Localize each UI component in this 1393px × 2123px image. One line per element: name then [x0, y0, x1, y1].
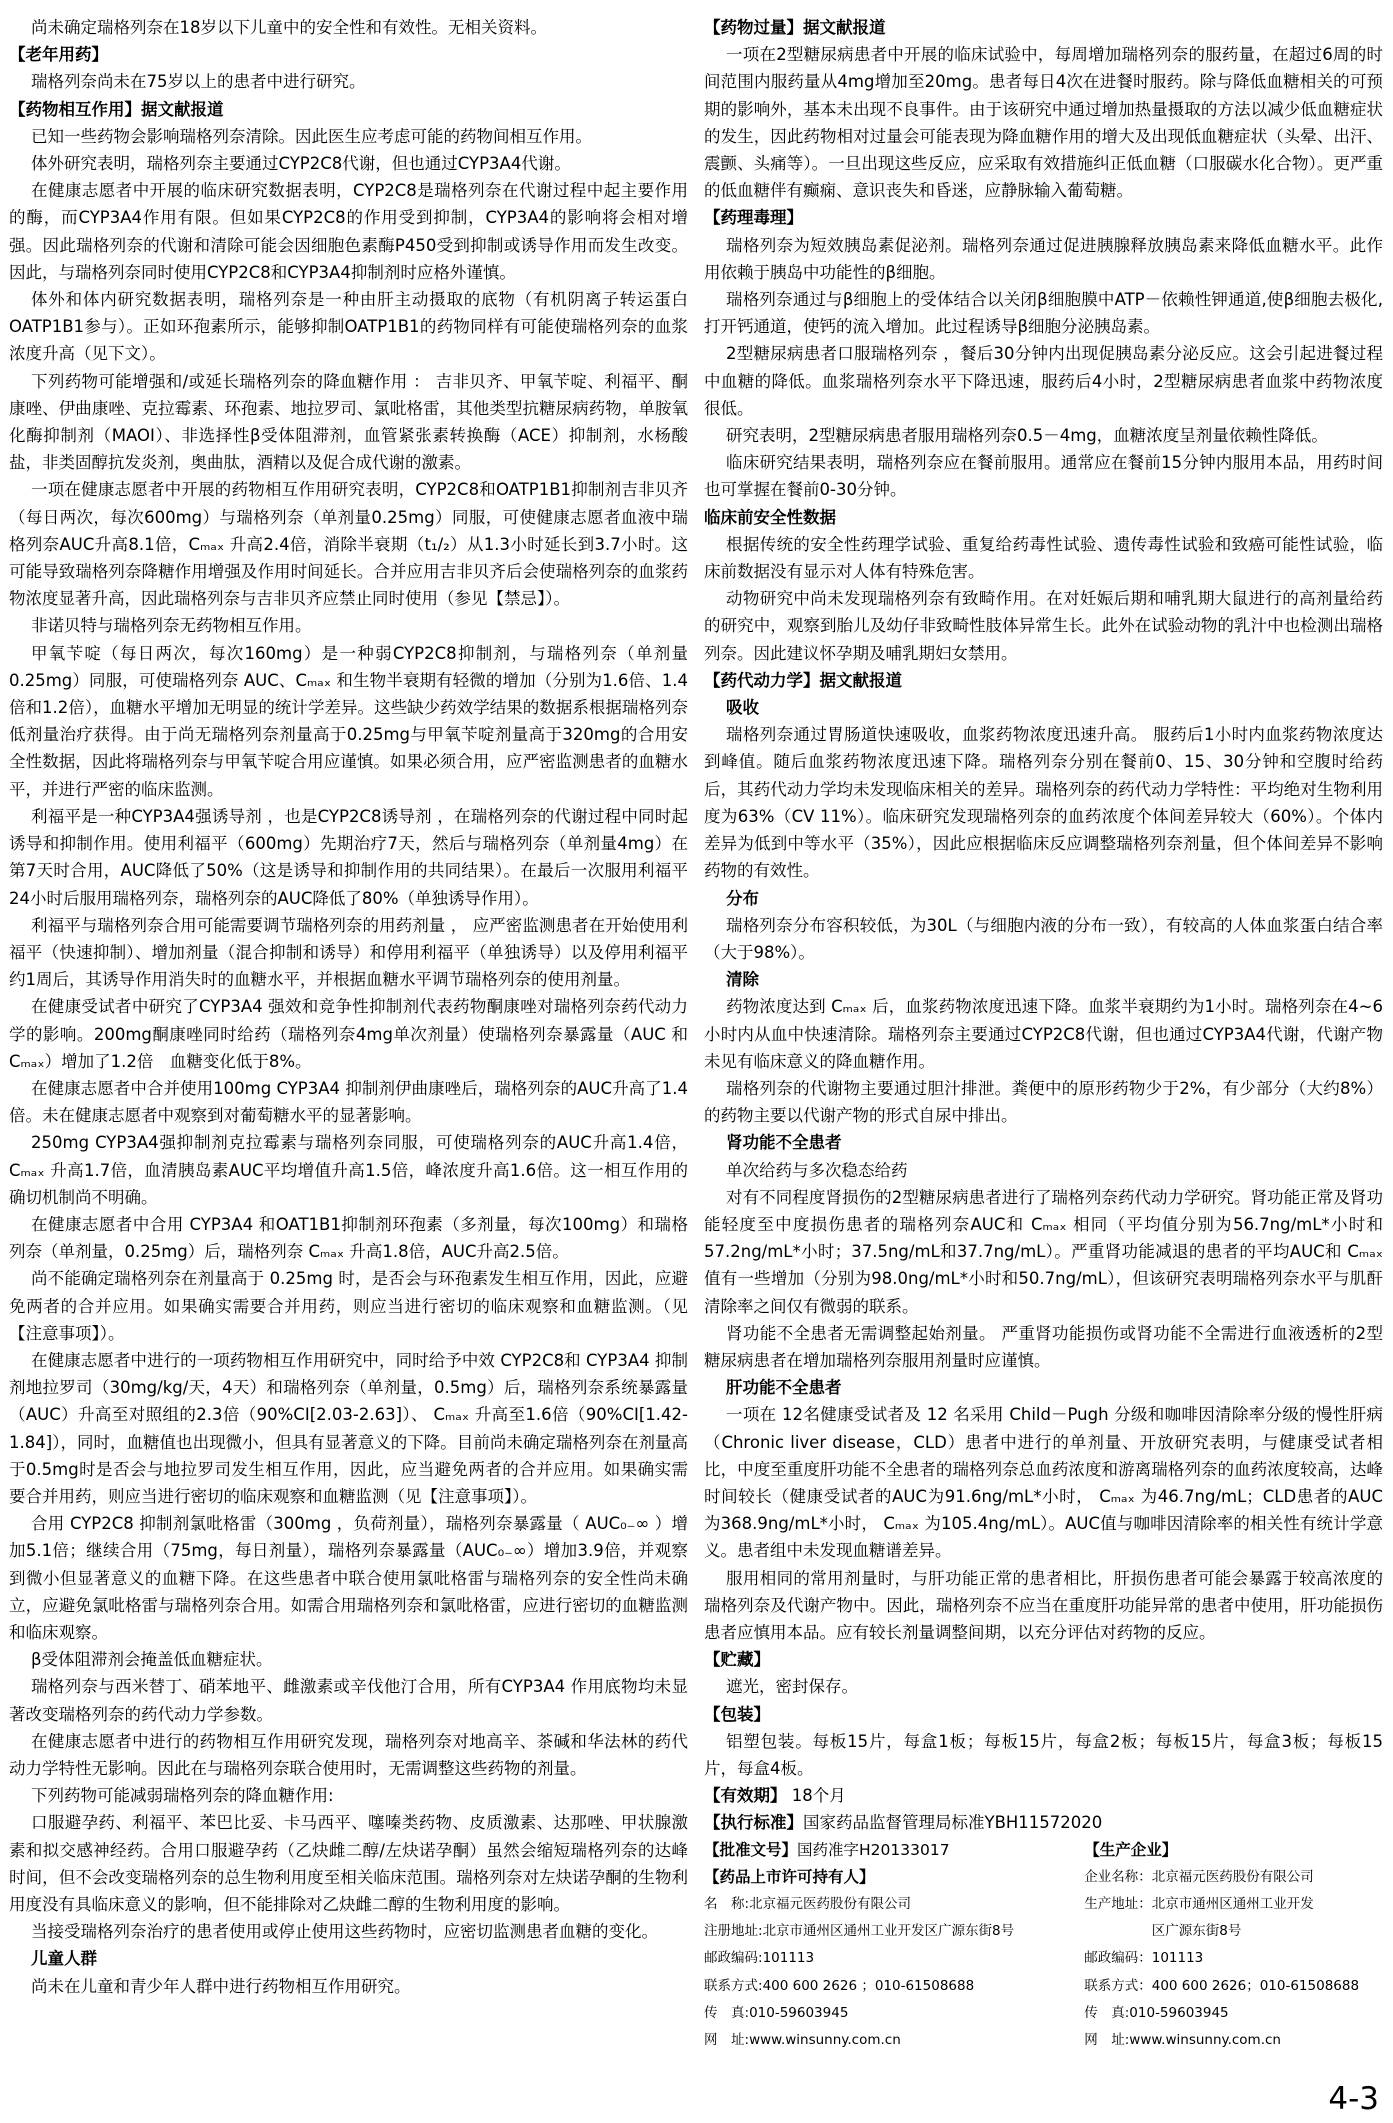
paragraph: 药物浓度达到 Cₘₐₓ 后，血浆药物浓度迅速下降。血浆半衰期约为1小时。瑞格列奈…: [704, 993, 1383, 1075]
paragraph: 尚未确定瑞格列奈在18岁以下儿童中的安全性和有效性。无相关资料。: [9, 14, 688, 41]
paragraph: 当接受瑞格列奈治疗的患者使用或停止使用这些药物时，应密切监测患者血糖的变化。: [9, 1918, 688, 1945]
footer-label: 【批准文号】: [704, 1837, 797, 1864]
paragraph: 瑞格列奈尚未在75岁以上的患者中进行研究。: [9, 68, 688, 95]
footer-row: 传 真:010-59603945: [704, 2000, 1084, 2027]
paragraph: 瑞格列奈为短效胰岛素促泌剂。瑞格列奈通过促进胰腺释放胰岛素来降低血糖水平。此作用…: [704, 232, 1383, 286]
footer-value-line: 国药准字H20133017: [797, 1837, 1084, 1864]
heading-rest-text: 国家药品监督管理局标准YBH11572020: [803, 1813, 1102, 1832]
paragraph: 瑞格列奈与西米替丁、硝苯地平、雌激素或辛伐他汀合用，所有CYP3A4 作用底物均…: [9, 1673, 688, 1727]
footer-value: 101113: [1152, 1945, 1383, 1972]
footer-value: 北京福元医药股份有限公司: [1152, 1864, 1383, 1891]
footer-value-line: 北京市通州区通州工业开发: [1152, 1891, 1383, 1918]
footer-value: 010-59603945: [1129, 2000, 1383, 2027]
footer-row: 联系方式：400 600 2626；010-61508688: [1084, 1973, 1383, 2000]
paragraph: 肾功能不全患者无需调整起始剂量。 严重肾功能损伤或肾功能不全需进行血液透析的2型…: [704, 1320, 1383, 1374]
subsection-heading: 临床前安全性数据: [704, 504, 1383, 531]
footer-value: 400 600 2626 ；010-61508688: [763, 1973, 1085, 2000]
footer-label: 传 真:: [1084, 2000, 1129, 2027]
footer-row: 名 称:北京福元医药股份有限公司: [704, 1891, 1084, 1918]
footer-label: 网 址:: [1084, 2027, 1129, 2054]
paragraph: 尚未在儿童和青少年人群中进行药物相互作用研究。: [9, 1973, 688, 2000]
subsection-heading: 分布: [704, 885, 1383, 912]
footer-label: 【生产企业】: [1084, 1837, 1177, 1864]
heading-bracket-text: 【有效期】: [704, 1786, 787, 1805]
paragraph: 研究表明，2型糖尿病患者服用瑞格列奈0.5－4mg，血糖浓度呈剂量依赖性降低。: [704, 422, 1383, 449]
subsection-heading: 吸收: [704, 694, 1383, 721]
footer-value: 010-59603945: [749, 2000, 1084, 2027]
paragraph: 单次给药与多次稳态给药: [704, 1157, 1383, 1184]
footer-row: 邮政编码:101113: [704, 1945, 1084, 1972]
paragraph: 服用相同的常用剂量时，与肝功能正常的患者相比，肝损伤患者可能会暴露于较高浓度的瑞…: [704, 1565, 1383, 1647]
section-heading: 【药代动力学】据文献报道: [704, 667, 1383, 694]
footer-label: 联系方式:: [704, 1973, 763, 2000]
page-number: 4-3: [1328, 2084, 1379, 2115]
footer-row: 邮政编码：101113: [1084, 1945, 1383, 1972]
paragraph: 体外研究表明，瑞格列奈主要通过CYP2C8代谢，但也通过CYP3A4代谢。: [9, 150, 688, 177]
footer-label: 传 真:: [704, 2000, 749, 2027]
left-column: 尚未确定瑞格列奈在18岁以下儿童中的安全性和有效性。无相关资料。【老年用药】瑞格…: [9, 14, 688, 2054]
paragraph: 临床研究结果表明，瑞格列奈应在餐前服用。通常应在餐前15分钟内服用本品，用药时间…: [704, 449, 1383, 503]
footer-label: 邮政编码:: [704, 1945, 763, 1972]
paragraph: 甲氧苄啶（每日两次，每次160mg）是一种弱CYP2C8抑制剂，与瑞格列奈（单剂…: [9, 640, 688, 803]
paragraph: 下列药物可能减弱瑞格列奈的降血糖作用:: [9, 1782, 688, 1809]
footer-label: 网 址:: [704, 2027, 749, 2054]
paragraph: 一项在2型糖尿病患者中开展的临床试验中，每周增加瑞格列奈的服药量，在超过6周的时…: [704, 41, 1383, 204]
footer-row: 生产地址：北京市通州区通州工业开发区广源东街8号: [1084, 1891, 1383, 1945]
paragraph: 2型糖尿病患者口服瑞格列奈 ，餐后30分钟内出现促胰岛素分泌反应。这会引起进餐过…: [704, 340, 1383, 422]
paragraph: 瑞格列奈的代谢物主要通过胆汁排泄。粪便中的原形药物少于2%，有少部分（大约8%）…: [704, 1075, 1383, 1129]
subsection-heading: 清除: [704, 966, 1383, 993]
paragraph: 尚不能确定瑞格列奈在剂量高于 0.25mg 时，是否会与环孢素发生相互作用，因此…: [9, 1265, 688, 1347]
footer-value-line: 400 600 2626；010-61508688: [1152, 1973, 1383, 2000]
footer-row: 网 址:www.winsunny.com.cn: [1084, 2027, 1383, 2054]
section-heading: 【老年用药】: [9, 41, 688, 68]
footer-label: 企业名称：: [1084, 1864, 1152, 1891]
heading-bracket-text: 【执行标准】: [704, 1813, 803, 1832]
footer-row: 企业名称：北京福元医药股份有限公司: [1084, 1864, 1383, 1891]
paragraph: 一项在 12名健康受试者及 12 名采用 Child－Pugh 分级和咖啡因清除…: [704, 1401, 1383, 1564]
section-heading: 【贮藏】: [704, 1646, 1383, 1673]
footer-value: 北京市通州区通州工业开发区广源东街8号: [1152, 1891, 1383, 1945]
footer-label: 邮政编码：: [1084, 1945, 1152, 1972]
paragraph: 利福平与瑞格列奈合用可能需要调节瑞格列奈的用药剂量 ， 应严密监测患者在开始使用…: [9, 912, 688, 994]
footer-row: 传 真:010-59603945: [1084, 2000, 1383, 2027]
footer-value-line: 010-59603945: [749, 2000, 1084, 2027]
footer-row: 网 址:www.winsunny.com.cn: [704, 2027, 1084, 2054]
paragraph: 铝塑包装。每板15片，每盒1板；每板15片，每盒2板；每板15片，每盒3板；每板…: [704, 1728, 1383, 1782]
footer-value: 北京市通州区通州工业开发区广源东街8号: [763, 1918, 1085, 1945]
section-heading: 【药物相互作用】据文献报道: [9, 96, 688, 123]
section-heading: 【药物过量】据文献报道: [704, 14, 1383, 41]
paragraph: 瑞格列奈通过与β细胞上的受体结合以关闭β细胞膜中ATP－依赖性钾通道,使β细胞去…: [704, 286, 1383, 340]
heading-rest-text: 18个月: [787, 1786, 846, 1805]
footer-label: 注册地址:: [704, 1918, 763, 1945]
footer-label: 联系方式：: [1084, 1973, 1152, 2000]
heading-bracket-text: 【药理毒理】: [704, 208, 803, 227]
footer-row: 注册地址:北京市通州区通州工业开发区广源东街8号: [704, 1918, 1084, 1945]
paragraph: 动物研究中尚未发现瑞格列奈有致畸作用。在对妊娠后期和哺乳期大鼠进行的高剂量给药的…: [704, 585, 1383, 667]
footer-value-line: 010-59603945: [1129, 2000, 1383, 2027]
footer-value: www.winsunny.com.cn: [749, 2027, 1084, 2054]
footer-value-line: 北京福元医药股份有限公司: [749, 1891, 1084, 1918]
paragraph: 在健康志愿者中进行的药物相互作用研究发现，瑞格列奈对地高辛、茶碱和华法林的药代动…: [9, 1728, 688, 1782]
footer-value-line: 北京市通州区通州工业开发区广源东街8号: [763, 1918, 1085, 1945]
paragraph: 在健康志愿者中合用 CYP3A4 和OAT1B1抑制剂环孢素（多剂量，每次100…: [9, 1211, 688, 1265]
paragraph: 250mg CYP3A4强抑制剂克拉霉素与瑞格列奈同服，可使瑞格列奈的AUC升高…: [9, 1129, 688, 1211]
paragraph: 在健康受试者中研究了CYP3A4 强效和竞争性抑制剂代表药物酮康唑对瑞格列奈药代…: [9, 993, 688, 1075]
heading-bracket-text: 【药物过量】据文献报道: [704, 18, 886, 37]
footer-value-line: www.winsunny.com.cn: [749, 2027, 1084, 2054]
footer-value: www.winsunny.com.cn: [1129, 2027, 1383, 2054]
subsection-heading: 肾功能不全患者: [704, 1129, 1383, 1156]
footer-label: 名 称:: [704, 1891, 749, 1918]
drug-insert-page: 尚未确定瑞格列奈在18岁以下儿童中的安全性和有效性。无相关资料。【老年用药】瑞格…: [0, 0, 1393, 2123]
paragraph: 在健康志愿者中进行的一项药物相互作用研究中，同时给予中效 CYP2C8和 CYP…: [9, 1347, 688, 1510]
footer-row: 【药品上市许可持有人】: [704, 1864, 1084, 1891]
footer-row: 联系方式:400 600 2626 ；010-61508688: [704, 1973, 1084, 2000]
paragraph: 在健康志愿者中合并使用100mg CYP3A4 抑制剂伊曲康唑后，瑞格列奈的AU…: [9, 1075, 688, 1129]
footer-value-line: 400 600 2626 ；010-61508688: [763, 1973, 1085, 2000]
manufacturer-column: 【生产企业】企业名称：北京福元医药股份有限公司生产地址：北京市通州区通州工业开发…: [1084, 1837, 1383, 2055]
section-heading: 【包装】: [704, 1701, 1383, 1728]
heading-bracket-text: 【药代动力学】据文献报道: [704, 671, 902, 690]
footer-value: 北京福元医药股份有限公司: [749, 1891, 1084, 1918]
subsection-heading: 儿童人群: [9, 1945, 688, 1972]
paragraph: 非诺贝特与瑞格列奈无药物相互作用。: [9, 612, 688, 639]
paragraph: 瑞格列奈通过胃肠道快速吸收，血浆药物浓度迅速升高。 服药后1小时内血浆药物浓度达…: [704, 721, 1383, 884]
section-heading: 【药理毒理】: [704, 204, 1383, 231]
footer-row: 【批准文号】国药准字H20133017: [704, 1837, 1084, 1864]
footer-value: 国药准字H20133017: [797, 1837, 1084, 1864]
paragraph: 一项在健康志愿者中开展的药物相互作用研究表明，CYP2C8和OATP1B1抑制剂…: [9, 476, 688, 612]
paragraph: 口服避孕药、利福平、苯巴比妥、卡马西平、噻嗪类药物、皮质激素、达那唑、甲状腺激素…: [9, 1809, 688, 1918]
two-column-layout: 尚未确定瑞格列奈在18岁以下儿童中的安全性和有效性。无相关资料。【老年用药】瑞格…: [0, 0, 1393, 2054]
footer-value-line: 101113: [763, 1945, 1085, 1972]
manufacturer-info: 【批准文号】国药准字H20133017【药品上市许可持有人】名 称:北京福元医药…: [704, 1837, 1383, 2055]
heading-bracket-text: 【药物相互作用】据文献报道: [9, 100, 224, 119]
paragraph: 对有不同程度肾损伤的2型糖尿病患者进行了瑞格列奈药代动力学研究。肾功能正常及肾功…: [704, 1184, 1383, 1320]
paragraph: 遮光，密封保存。: [704, 1673, 1383, 1700]
paragraph: 利福平是一种CYP3A4强诱导剂 ，也是CYP2C8诱导剂 ，在瑞格列奈的代谢过…: [9, 803, 688, 912]
footer-value-line: 101113: [1152, 1945, 1383, 1972]
footer-label: 生产地址：: [1084, 1891, 1152, 1918]
footer-row: 【生产企业】: [1084, 1837, 1383, 1864]
paragraph: β受体阻滞剂会掩盖低血糖症状。: [9, 1646, 688, 1673]
heading-bracket-text: 【包装】: [704, 1705, 770, 1724]
paragraph: 根据传统的安全性药理学试验、重复给药毒性试验、遗传毒性试验和致癌可能性试验，临床…: [704, 531, 1383, 585]
paragraph: 合用 CYP2C8 抑制剂氯吡格雷（300mg ，负荷剂量），瑞格列奈暴露量（ …: [9, 1510, 688, 1646]
heading-bracket-text: 【贮藏】: [704, 1650, 770, 1669]
right-column: 【药物过量】据文献报道一项在2型糖尿病患者中开展的临床试验中，每周增加瑞格列奈的…: [704, 14, 1383, 2054]
paragraph: 瑞格列奈分布容积较低，为30L（与细胞内液的分布一致），有较高的人体血浆蛋白结合…: [704, 912, 1383, 966]
footer-label: 【药品上市许可持有人】: [704, 1864, 875, 1891]
subsection-heading: 肝功能不全患者: [704, 1374, 1383, 1401]
footer-value: 101113: [763, 1945, 1085, 1972]
paragraph: 在健康志愿者中开展的临床研究数据表明，CYP2C8是瑞格列奈在代谢过程中起主要作…: [9, 177, 688, 286]
heading-bracket-text: 【老年用药】: [9, 45, 108, 64]
paragraph: 体外和体内研究数据表明，瑞格列奈是一种由肝主动摄取的底物（有机阴离子转运蛋白OA…: [9, 286, 688, 368]
section-heading: 【执行标准】国家药品监督管理局标准YBH11572020: [704, 1809, 1383, 1836]
footer-value-line: 北京福元医药股份有限公司: [1152, 1864, 1383, 1891]
footer-value-line: 区广源东街8号: [1152, 1918, 1383, 1945]
paragraph: 下列药物可能增强和/或延长瑞格列奈的降血糖作用 ： 吉非贝齐、甲氧苄啶、利福平、…: [9, 368, 688, 477]
footer-value-line: www.winsunny.com.cn: [1129, 2027, 1383, 2054]
paragraph: 已知一些药物会影响瑞格列奈清除。因此医生应考虑可能的药物间相互作用。: [9, 123, 688, 150]
license-holder-column: 【批准文号】国药准字H20133017【药品上市许可持有人】名 称:北京福元医药…: [704, 1837, 1084, 2055]
footer-value: 400 600 2626；010-61508688: [1152, 1973, 1383, 2000]
section-heading: 【有效期】 18个月: [704, 1782, 1383, 1809]
